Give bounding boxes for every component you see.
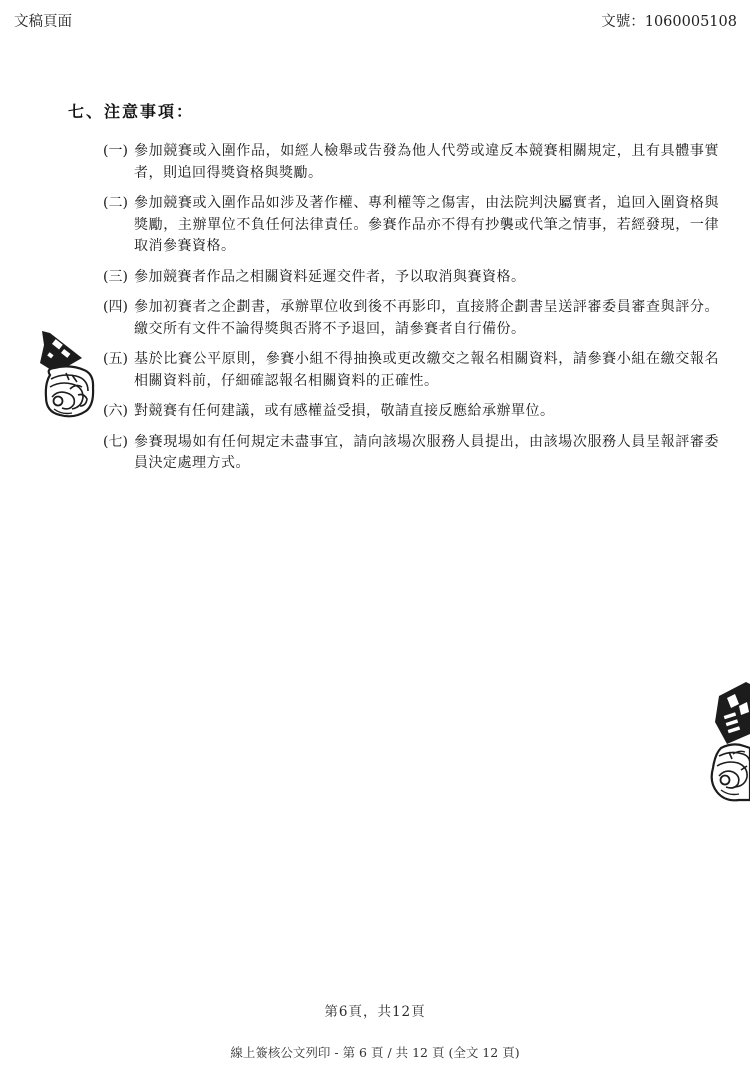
draft-page-label: 文稿頁面 bbox=[14, 10, 72, 31]
page-header: 文稿頁面 文號：1060005108 bbox=[14, 10, 737, 31]
note-text: 基於比賽公平原則，參賽小組不得抽換或更改繳交之報名相關資料，請參賽小組在繳交報名… bbox=[134, 349, 719, 392]
note-marker: (六) bbox=[103, 401, 134, 423]
note-item: (三) 參加競賽者作品之相關資料延遲交件者，予以取消與賽資格。 bbox=[103, 267, 719, 289]
note-text: 對競賽有任何建議，或有感權益受損，敬請直接反應給承辦單位。 bbox=[134, 401, 719, 423]
paging-seal-right-icon bbox=[699, 682, 750, 802]
note-item: (五) 基於比賽公平原則，參賽小組不得抽換或更改繳交之報名相關資料，請參賽小組在… bbox=[103, 349, 719, 392]
note-item: (一) 參加競賽或入圍作品，如經人檢舉或告發為他人代勞或違反本競賽相關規定，且有… bbox=[103, 141, 719, 184]
print-footer: 線上簽核公文列印 - 第 6 頁 / 共 12 頁 (全文 12 頁) bbox=[0, 1043, 750, 1061]
note-text: 參加初賽者之企劃書，承辦單位收到後不再影印，直接將企劃書呈送評審委員審查與評分。… bbox=[134, 297, 719, 340]
note-item: (六) 對競賽有任何建議，或有感權益受損，敬請直接反應給承辦單位。 bbox=[103, 401, 719, 423]
doc-number: 文號：1060005108 bbox=[601, 10, 737, 31]
note-text: 參賽現場如有任何規定未盡事宜，請向該場次服務人員提出，由該場次服務人員呈報評審委… bbox=[134, 432, 719, 475]
note-item: (二) 參加競賽或入圍作品如涉及著作權、專利權等之傷害，由法院判決屬實者，追回入… bbox=[103, 193, 719, 258]
note-marker: (七) bbox=[103, 432, 134, 475]
notes-list: (一) 參加競賽或入圍作品，如經人檢舉或告發為他人代勞或違反本競賽相關規定，且有… bbox=[103, 141, 719, 484]
paging-seal-left-icon bbox=[36, 331, 98, 421]
note-marker: (三) bbox=[103, 267, 134, 289]
page-indicator: 第6頁，共12頁 bbox=[0, 1000, 750, 1020]
note-item: (四) 參加初賽者之企劃書，承辦單位收到後不再影印，直接將企劃書呈送評審委員審查… bbox=[103, 297, 719, 340]
note-text: 參加競賽或入圍作品如涉及著作權、專利權等之傷害，由法院判決屬實者，追回入圍資格與… bbox=[134, 193, 719, 258]
note-marker: (四) bbox=[103, 297, 134, 340]
note-marker: (五) bbox=[103, 349, 134, 392]
note-marker: (二) bbox=[103, 193, 134, 258]
note-text: 參加競賽者作品之相關資料延遲交件者，予以取消與賽資格。 bbox=[134, 267, 719, 289]
note-marker: (一) bbox=[103, 141, 134, 184]
section-title: 七、注意事項： bbox=[68, 99, 194, 122]
note-text: 參加競賽或入圍作品，如經人檢舉或告發為他人代勞或違反本競賽相關規定，且有具體事實… bbox=[134, 141, 719, 184]
note-item: (七) 參賽現場如有任何規定未盡事宜，請向該場次服務人員提出，由該場次服務人員呈… bbox=[103, 432, 719, 475]
